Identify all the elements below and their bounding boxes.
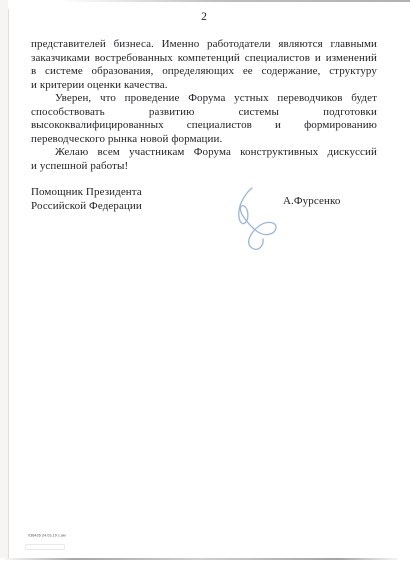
- body-text-line: Желаю всем участникам Форума конструктив…: [31, 146, 377, 160]
- body-text-line: в системе образования, определяющих ее с…: [31, 65, 377, 79]
- body-text-line: и успешной работы!: [31, 160, 377, 174]
- signer-title: Помощник Президента Российской Федерации: [31, 185, 142, 213]
- scan-footer-artifact: [25, 544, 65, 550]
- scan-edge-left-strip: [0, 0, 8, 558]
- body-text-line: способствовать развитию системы подготов…: [31, 106, 377, 120]
- signature-stroke: [239, 188, 276, 249]
- signer-name: А.Фурсенко: [283, 195, 340, 207]
- body-text-line: заказчиками востребованных компетенций с…: [31, 52, 377, 66]
- body-text-line: представителей бизнеса. Именно работодат…: [31, 38, 377, 52]
- body-text-line: Уверен, что проведение Форума устных пер…: [31, 92, 377, 106]
- scan-edge-bottom-line: [4, 558, 398, 560]
- letter-body: представителей бизнеса. Именно работодат…: [31, 38, 377, 173]
- body-text-line: высококвалифицированных специалистов и ф…: [31, 119, 377, 133]
- signer-title-line: Российской Федерации: [31, 199, 142, 213]
- paragraph: Уверен, что проведение Форума устных пер…: [31, 92, 377, 146]
- signer-title-line: Помощник Президента: [31, 185, 142, 199]
- document-footer-code: 038426 24.03.19 с.ам: [28, 533, 66, 537]
- body-text-line: и критерии оценки качества.: [31, 79, 377, 93]
- handwritten-signature: [218, 184, 288, 256]
- paragraph: Желаю всем участникам Форума конструктив…: [31, 146, 377, 173]
- scan-edge-left-line: [8, 9, 9, 558]
- paragraph: представителей бизнеса. Именно работодат…: [31, 38, 377, 92]
- page-number: 2: [31, 11, 377, 23]
- body-text-line: переводческого рынка новой формации.: [31, 133, 377, 147]
- letter-page: 2 представителей бизнеса. Именно работод…: [0, 0, 410, 580]
- scan-edge-top-line: [60, 0, 410, 2]
